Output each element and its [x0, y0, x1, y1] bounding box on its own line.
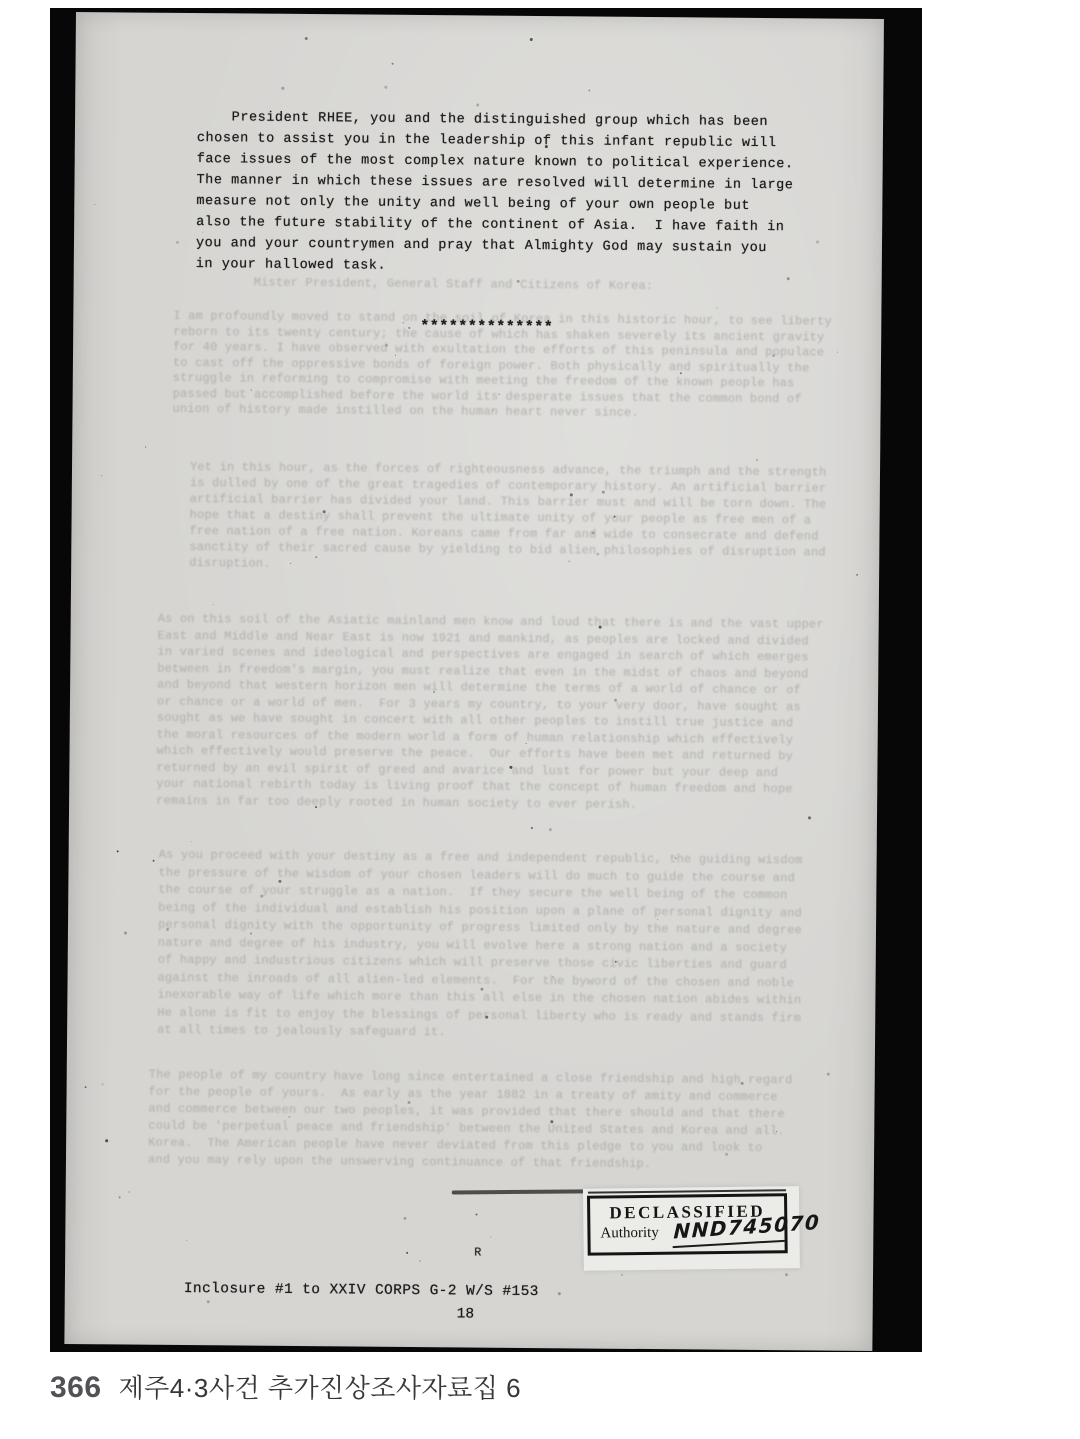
paper-speck — [856, 574, 858, 576]
paper-speck — [101, 475, 102, 476]
paper-speck — [596, 553, 599, 556]
bleedthrough-paragraph: As on this soil of the Asiatic mainland … — [156, 611, 824, 815]
paper-speck — [85, 1086, 87, 1088]
paper-speck — [772, 354, 775, 357]
paper-speck — [615, 961, 617, 963]
page-number: 18 — [457, 1306, 475, 1322]
paper-speck — [680, 372, 682, 374]
bleedthrough-paragraph: As you proceed with your destiny as a fr… — [157, 847, 803, 1045]
document-page: Mister President, General Staff and Citi… — [64, 12, 884, 1351]
scanned-document-page: { "document": { "main_paragraph_lines": … — [0, 0, 1080, 1439]
paper-speck — [433, 691, 435, 693]
ink-smear — [452, 1189, 590, 1194]
paper-speck — [278, 880, 281, 883]
paper-speck — [251, 390, 252, 391]
caption-page-number: 366 — [50, 1371, 102, 1405]
paper-speck — [288, 1116, 290, 1118]
paper-speck — [281, 87, 284, 90]
paper-speck — [485, 1016, 488, 1019]
paper-speck — [213, 604, 214, 605]
paper-speck — [119, 1196, 121, 1198]
caption-title: 제주4·3사건 추가진상조사자료집 6 — [119, 1368, 522, 1405]
paper-speck — [124, 931, 127, 934]
paper-speck — [787, 277, 790, 280]
paper-speck — [263, 1120, 264, 1121]
paper-speck — [315, 556, 317, 558]
paper-speck — [776, 1131, 777, 1132]
paper-speck — [392, 63, 394, 65]
paper-speck — [176, 241, 179, 244]
paper-speck — [402, 322, 404, 324]
paper-speck — [568, 560, 570, 562]
paper-speck — [315, 806, 317, 808]
paper-speck — [591, 532, 594, 535]
paper-speck — [526, 743, 527, 744]
paper-speck — [403, 1217, 406, 1220]
paper-speck — [741, 1082, 744, 1085]
paper-speck — [476, 103, 479, 106]
paper-speck — [509, 766, 512, 769]
paper-speck — [531, 827, 533, 829]
paper-speck — [725, 1153, 728, 1156]
paper-speck — [599, 626, 602, 629]
stamp-border: DECLASSIFIED Authority NND745070 — [587, 1193, 788, 1255]
paper-speck — [490, 1237, 491, 1238]
paper-speck — [550, 1120, 553, 1123]
bleedthrough-paragraph: Yet in this hour, as the forces of right… — [189, 459, 826, 577]
paper-speck — [305, 37, 308, 40]
paper-speck — [827, 1073, 830, 1076]
paper-speck — [191, 841, 192, 842]
paper-speck — [785, 1273, 788, 1276]
paper-speck — [632, 116, 633, 117]
margin-mark: R — [474, 1246, 481, 1260]
paper-speck — [549, 828, 552, 831]
paper-speck — [614, 516, 616, 518]
paper-speck — [837, 352, 838, 353]
paper-speck — [419, 1260, 421, 1262]
paper-speck — [153, 860, 155, 862]
paper-speck — [186, 1240, 187, 1241]
paper-speck — [406, 1252, 408, 1254]
bleedthrough-paragraph: The people of my country have long since… — [148, 1067, 793, 1175]
paper-speck — [102, 1083, 104, 1085]
paper-speck — [202, 232, 203, 233]
paper-speck — [129, 1192, 130, 1193]
stamp-authority-label: Authority — [600, 1225, 659, 1243]
paper-speck — [756, 459, 758, 461]
paper-speck — [558, 1292, 561, 1295]
paper-speck — [480, 988, 483, 991]
paper-speck — [517, 280, 520, 283]
typed-paragraph: President RHEE, you and the distinguishe… — [196, 107, 794, 280]
paper-speck — [166, 928, 169, 931]
paper-speck — [323, 510, 326, 513]
paper-speck — [260, 895, 263, 898]
paper-speck — [565, 245, 566, 246]
paper-speck — [145, 447, 146, 448]
paper-speck — [105, 1139, 108, 1142]
paper-speck — [94, 204, 95, 205]
paper-speck — [816, 240, 819, 243]
paper-speck — [808, 816, 811, 819]
paper-speck — [602, 491, 605, 494]
paper-speck — [408, 327, 410, 329]
paper-speck — [250, 933, 252, 935]
paper-speck — [621, 1274, 623, 1276]
inclosure-line: Inclosure #1 to XXIV CORPS G-2 W/S #153 — [184, 1281, 539, 1300]
footer-caption: 366 제주4·3사건 추가진상조사자료집 6 — [50, 1368, 521, 1408]
paper-speck — [545, 145, 548, 148]
paper-speck — [407, 1101, 410, 1104]
paper-speck — [553, 976, 554, 977]
declassified-stamp: DECLASSIFIED Authority NND745070 — [583, 1186, 800, 1271]
paper-speck — [572, 1132, 573, 1133]
paper-speck — [493, 410, 494, 411]
paper-speck — [117, 850, 119, 852]
paper-speck — [385, 344, 388, 347]
paper-speck — [657, 919, 658, 920]
paper-speck — [675, 857, 677, 859]
paper-speck — [733, 997, 734, 998]
paper-speck — [588, 89, 590, 91]
paper-speck — [499, 394, 500, 395]
paper-speck — [207, 1300, 210, 1303]
paper-speck — [395, 355, 396, 356]
paper-speck — [384, 86, 387, 89]
paper-speck — [530, 38, 533, 41]
paper-speck — [614, 699, 617, 702]
paper-speck — [570, 493, 573, 496]
asterisk-separator: ************** — [420, 318, 553, 336]
paper-speck — [290, 563, 291, 564]
paper-speck — [716, 308, 717, 309]
paper-speck — [545, 179, 547, 181]
paper-speck — [476, 1214, 478, 1216]
